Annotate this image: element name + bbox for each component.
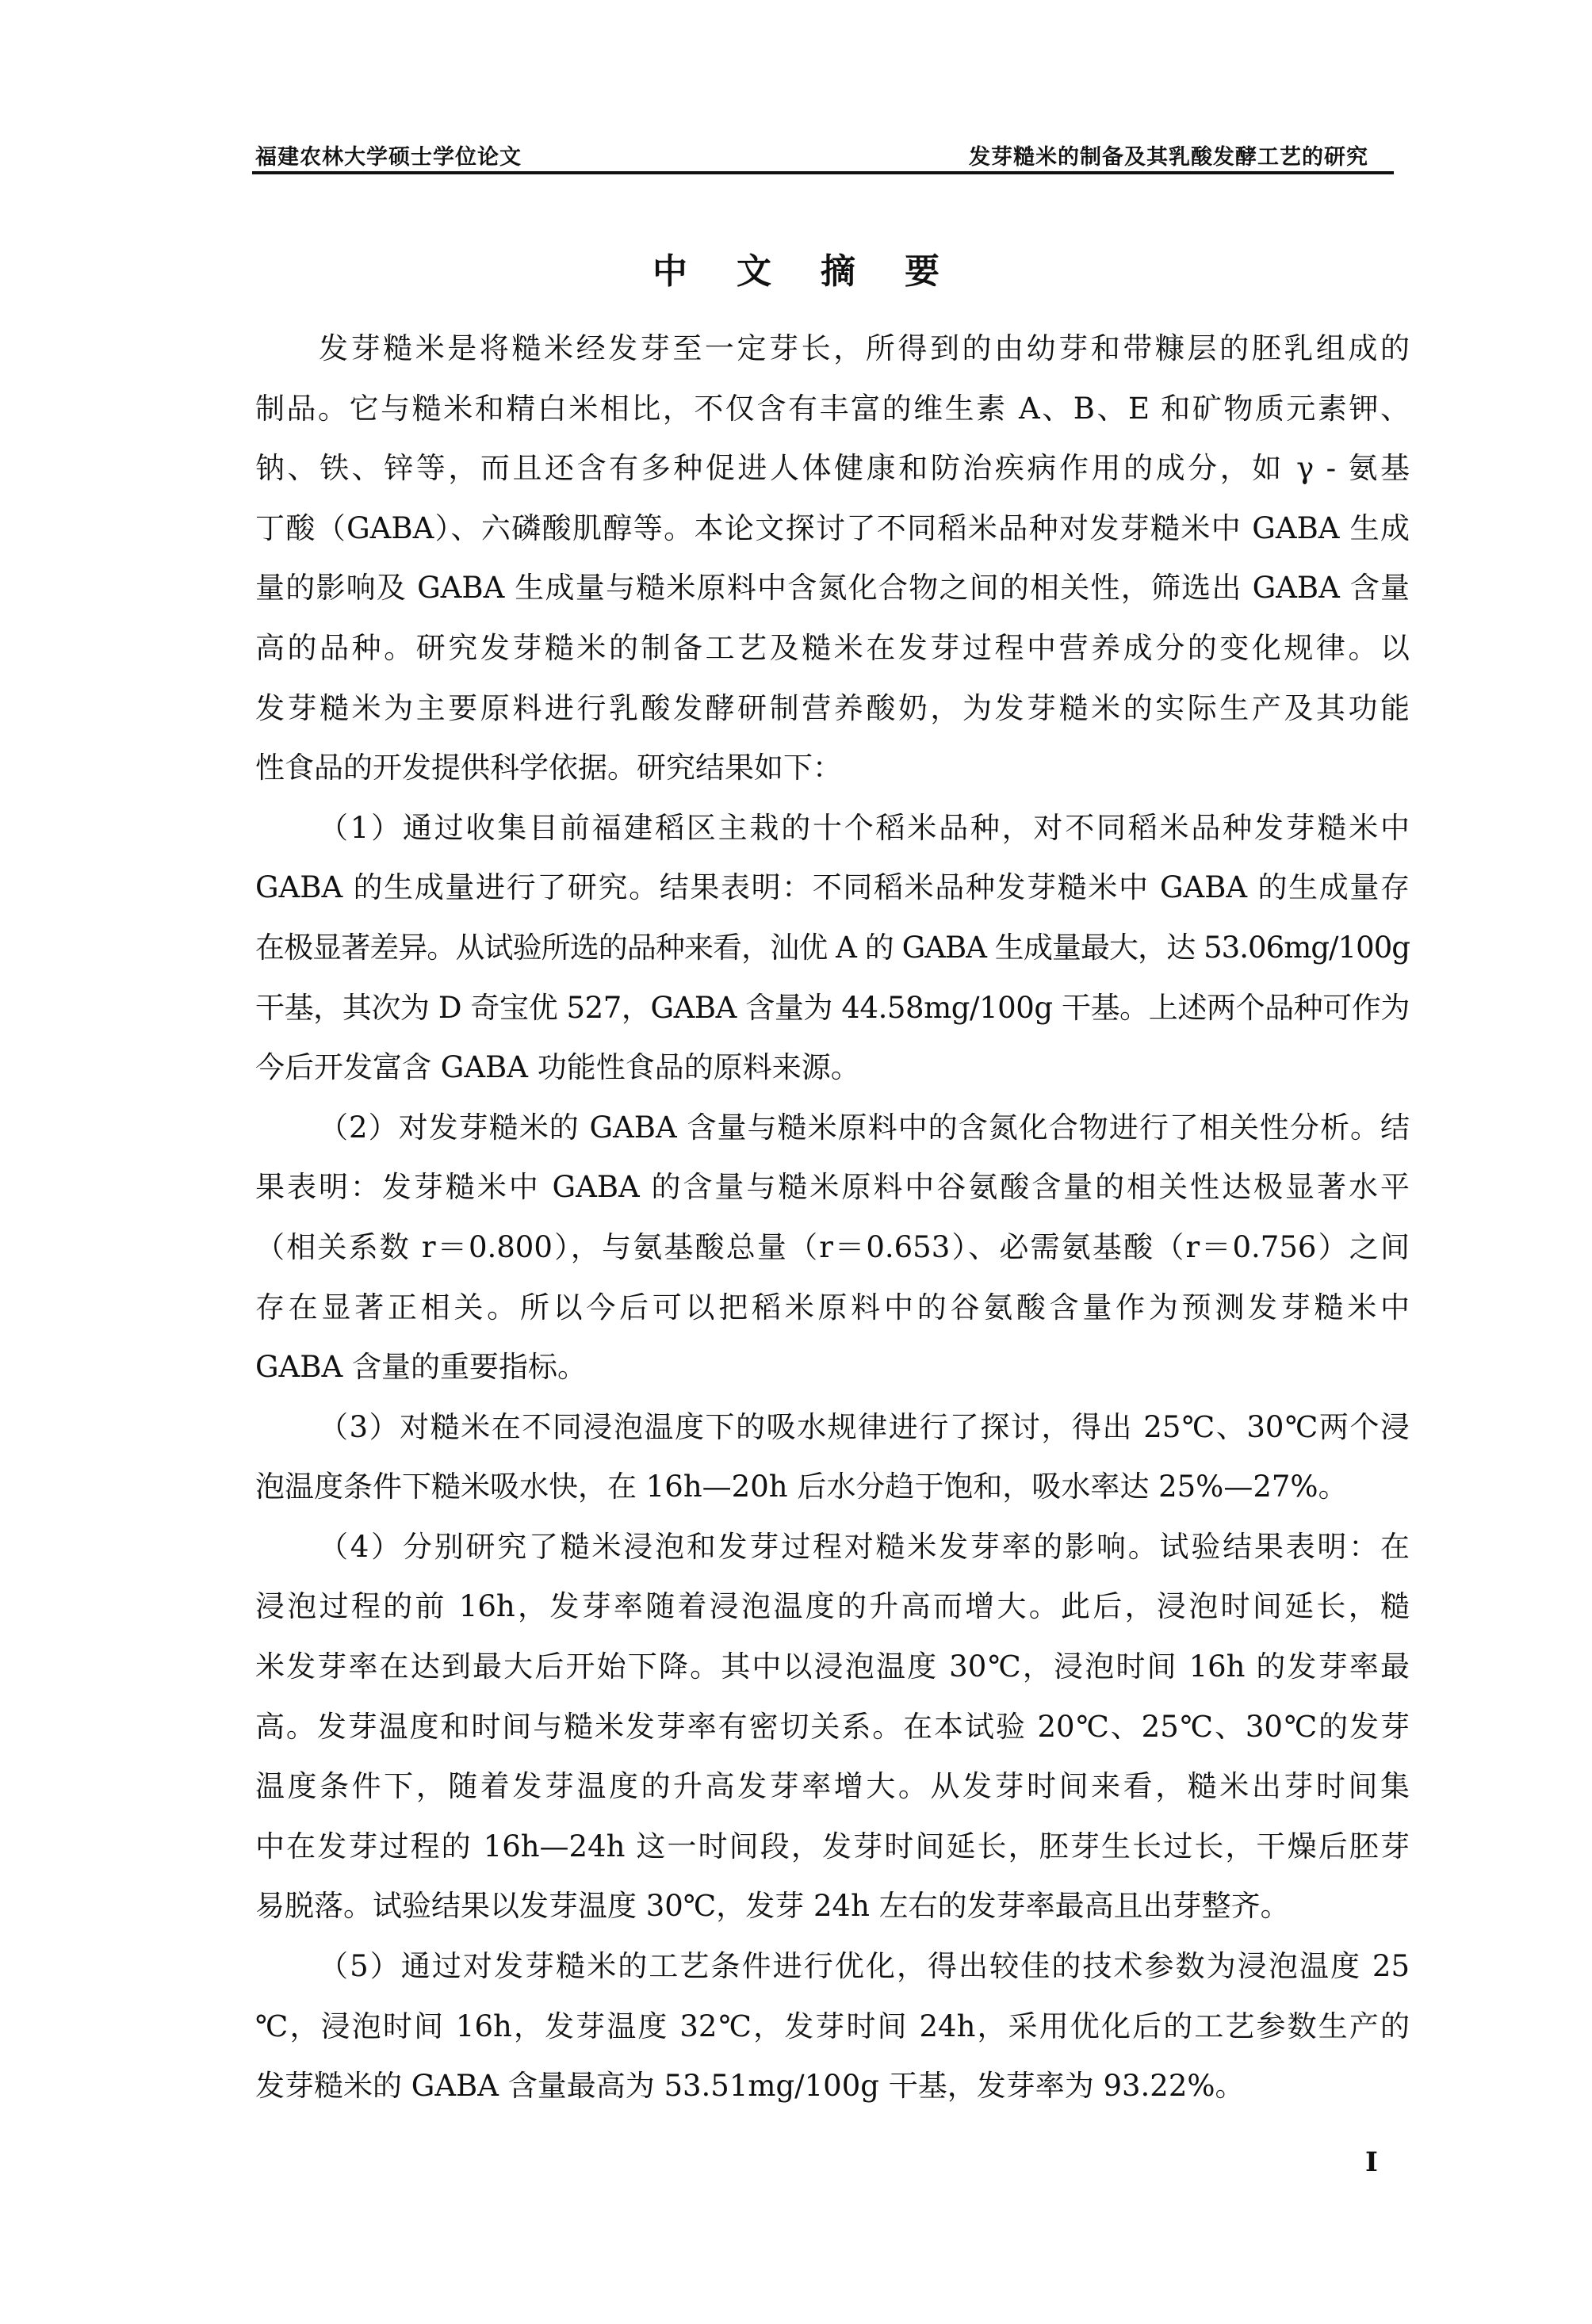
page-title: 中文摘要: [0, 243, 1592, 293]
text-line: 果表明：发芽糙米中 GABA 的含量与糙米原料中谷氨酸含量的相关性达极显著水平: [255, 1165, 1410, 1225]
text-line: 丁酸（GABA）、六磷酸肌醇等。本论文探讨了不同稻米品种对发芽糙米中 GABA …: [255, 506, 1410, 567]
text-line: GABA 的生成量进行了研究。结果表明：不同稻米品种发芽糙米中 GABA 的生成…: [255, 866, 1410, 926]
text-line: 发芽糙米的 GABA 含量最高为 53.51mg/100g 干基，发芽率为 93…: [255, 2064, 1410, 2124]
text-line: （3）对糙米在不同浸泡温度下的吸水规律进行了探讨，得出 25℃、30℃两个浸: [255, 1405, 1410, 1466]
text-line: 今后开发富含 GABA 功能性食品的原料来源。: [255, 1045, 1410, 1106]
header-university-thesis: 福建农林大学硕士学位论文: [255, 140, 522, 170]
text-line: 制品。它与糙米和精白米相比，不仅含有丰富的维生素 A、B、E 和矿物质元素钾、: [255, 387, 1410, 447]
text-line: 中在发芽过程的 16h—24h 这一时间段，发芽时间延长，胚芽生长过长，干燥后胚…: [255, 1825, 1410, 1885]
text-line: 米发芽率在达到最大后开始下降。其中以浸泡温度 30℃，浸泡时间 16h 的发芽率…: [255, 1645, 1410, 1705]
text-line: 在极显著差异。从试验所选的品种来看，汕优 A 的 GABA 生成量最大，达 53…: [255, 926, 1410, 986]
abstract-paragraph: （4）分别研究了糙米浸泡和发芽过程对糙米发芽率的影响。试验结果表明：在浸泡过程的…: [255, 1525, 1410, 1944]
abstract-paragraph: （3）对糙米在不同浸泡温度下的吸水规律进行了探讨，得出 25℃、30℃两个浸泡温…: [255, 1405, 1410, 1525]
text-line: 钠、铁、锌等，而且还含有多种促进人体健康和防治疾病作用的成分，如 γ - 氨基: [255, 446, 1410, 506]
text-line: 量的影响及 GABA 生成量与糙米原料中含氮化合物之间的相关性，筛选出 GABA…: [255, 566, 1410, 626]
text-line: 温度条件下，随着发芽温度的升高发芽率增大。从发芽时间来看，糙米出芽时间集: [255, 1764, 1410, 1825]
text-line: 发芽糙米是将糙米经发芽至一定芽长，所得到的由幼芽和带糠层的胚乳组成的: [255, 327, 1410, 387]
text-line: （2）对发芽糙米的 GABA 含量与糙米原料中的含氮化合物进行了相关性分析。结: [255, 1106, 1410, 1166]
abstract-paragraph: 发芽糙米是将糙米经发芽至一定芽长，所得到的由幼芽和带糠层的胚乳组成的制品。它与糙…: [255, 327, 1410, 806]
text-line: 易脱落。试验结果以发芽温度 30℃，发芽 24h 左右的发芽率最高且出芽整齐。: [255, 1884, 1410, 1944]
text-line: （相关系数 r＝0.800），与氨基酸总量（r＝0.653）、必需氨基酸（r＝0…: [255, 1225, 1410, 1286]
text-line: 高。发芽温度和时间与糙米发芽率有密切关系。在本试验 20℃、25℃、30℃的发芽: [255, 1705, 1410, 1765]
header-thesis-title: 发芽糙米的制备及其乳酸发酵工艺的研究: [969, 140, 1368, 170]
abstract-paragraph: （1）通过收集目前福建稻区主栽的十个稻米品种，对不同稻米品种发芽糙米中GABA …: [255, 806, 1410, 1106]
abstract-body: 发芽糙米是将糙米经发芽至一定芽长，所得到的由幼芽和带糠层的胚乳组成的制品。它与糙…: [255, 327, 1410, 2124]
text-line: （1）通过收集目前福建稻区主栽的十个稻米品种，对不同稻米品种发芽糙米中: [255, 806, 1410, 866]
text-line: ℃，浸泡时间 16h，发芽温度 32℃，发芽时间 24h，采用优化后的工艺参数生…: [255, 2005, 1410, 2065]
running-header: 福建农林大学硕士学位论文 发芽糙米的制备及其乳酸发酵工艺的研究: [255, 140, 1394, 171]
text-line: 干基，其次为 D 奇宝优 527，GABA 含量为 44.58mg/100g 干…: [255, 986, 1410, 1046]
text-line: 浸泡过程的前 16h，发芽率随着浸泡温度的升高而增大。此后，浸泡时间延长，糙: [255, 1584, 1410, 1645]
abstract-paragraph: （5）通过对发芽糙米的工艺条件进行优化，得出较佳的技术参数为浸泡温度 25℃，浸…: [255, 1944, 1410, 2124]
text-line: 高的品种。研究发芽糙米的制备工艺及糙米在发芽过程中营养成分的变化规律。以: [255, 626, 1410, 686]
text-line: 发芽糙米为主要原料进行乳酸发酵研制营养酸奶，为发芽糙米的实际生产及其功能: [255, 686, 1410, 747]
text-line: （5）通过对发芽糙米的工艺条件进行优化，得出较佳的技术参数为浸泡温度 25: [255, 1944, 1410, 2005]
text-line: 存在显著正相关。所以今后可以把稻米原料中的谷氨酸含量作为预测发芽糙米中: [255, 1286, 1410, 1346]
header-rule-divider: [252, 171, 1394, 174]
abstract-paragraph: （2）对发芽糙米的 GABA 含量与糙米原料中的含氮化合物进行了相关性分析。结果…: [255, 1106, 1410, 1405]
text-line: 性食品的开发提供科学依据。研究结果如下：: [255, 746, 1410, 806]
text-line: 泡温度条件下糙米吸水快，在 16h—20h 后水分趋于饱和，吸水率达 25%—2…: [255, 1465, 1410, 1525]
text-line: （4）分别研究了糙米浸泡和发芽过程对糙米发芽率的影响。试验结果表明：在: [255, 1525, 1410, 1585]
text-line: GABA 含量的重要指标。: [255, 1345, 1410, 1405]
page-number: I: [1365, 2146, 1378, 2178]
